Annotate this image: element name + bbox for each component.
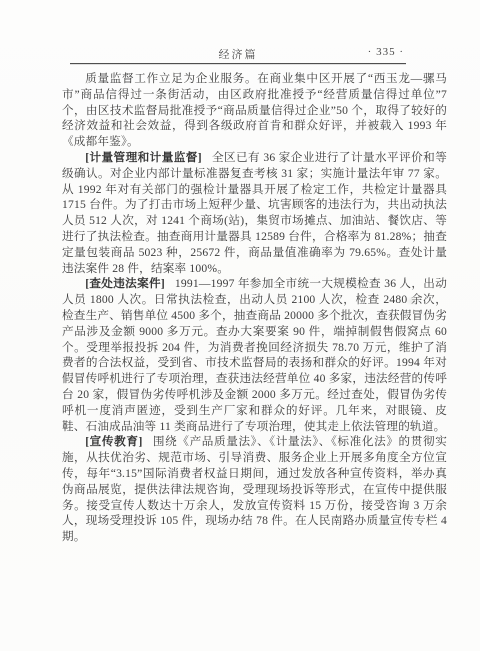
section-heading: [计量管理和计量监督] bbox=[85, 151, 202, 164]
paragraph: [查处违法案件]1991—1997 年参加全市统一大规模检查 36 人，出动人员… bbox=[62, 276, 447, 434]
header-rule bbox=[70, 63, 406, 64]
page-body: 质量监督工作立足为企业服务。在商业集中区开展了“西玉龙—骡马市”商品信得过一条街… bbox=[62, 71, 447, 545]
header-page-number: · 335 · bbox=[368, 46, 404, 58]
section-heading: [查处违法案件] bbox=[85, 277, 165, 290]
page-header: 经济篇 · 335 · bbox=[70, 46, 406, 62]
paragraph: [宣传教育]围绕《产品质量法》、《计量法》、《标准化法》的贯彻实施，从扶优治劣、… bbox=[62, 434, 447, 545]
scanned-page: 经济篇 · 335 · 质量监督工作立足为企业服务。在商业集中区开展了“西玉龙—… bbox=[0, 0, 480, 651]
paragraph-text: 围绕《产品质量法》、《计量法》、《标准化法》的贯彻实施，从扶优治劣、规范市场、引… bbox=[62, 435, 447, 543]
paragraph: [计量管理和计量监督]全区已有 36 家企业进行了计量水平评价和等级确认。对企业… bbox=[62, 150, 447, 276]
paragraph-text: 1991—1997 年参加全市统一大规模检查 36 人，出动人员 1800 人次… bbox=[62, 277, 447, 432]
paragraph-text: 质量监督工作立足为企业服务。在商业集中区开展了“西玉龙—骡马市”商品信得过一条街… bbox=[62, 72, 447, 148]
paragraph-text: 全区已有 36 家企业进行了计量水平评价和等级确认。对企业内部计量标准器复查考核… bbox=[62, 151, 447, 275]
section-heading: [宣传教育] bbox=[85, 435, 142, 448]
paragraph: 质量监督工作立足为企业服务。在商业集中区开展了“西玉龙—骡马市”商品信得过一条街… bbox=[62, 71, 447, 150]
header-section-title: 经济篇 bbox=[70, 46, 406, 62]
